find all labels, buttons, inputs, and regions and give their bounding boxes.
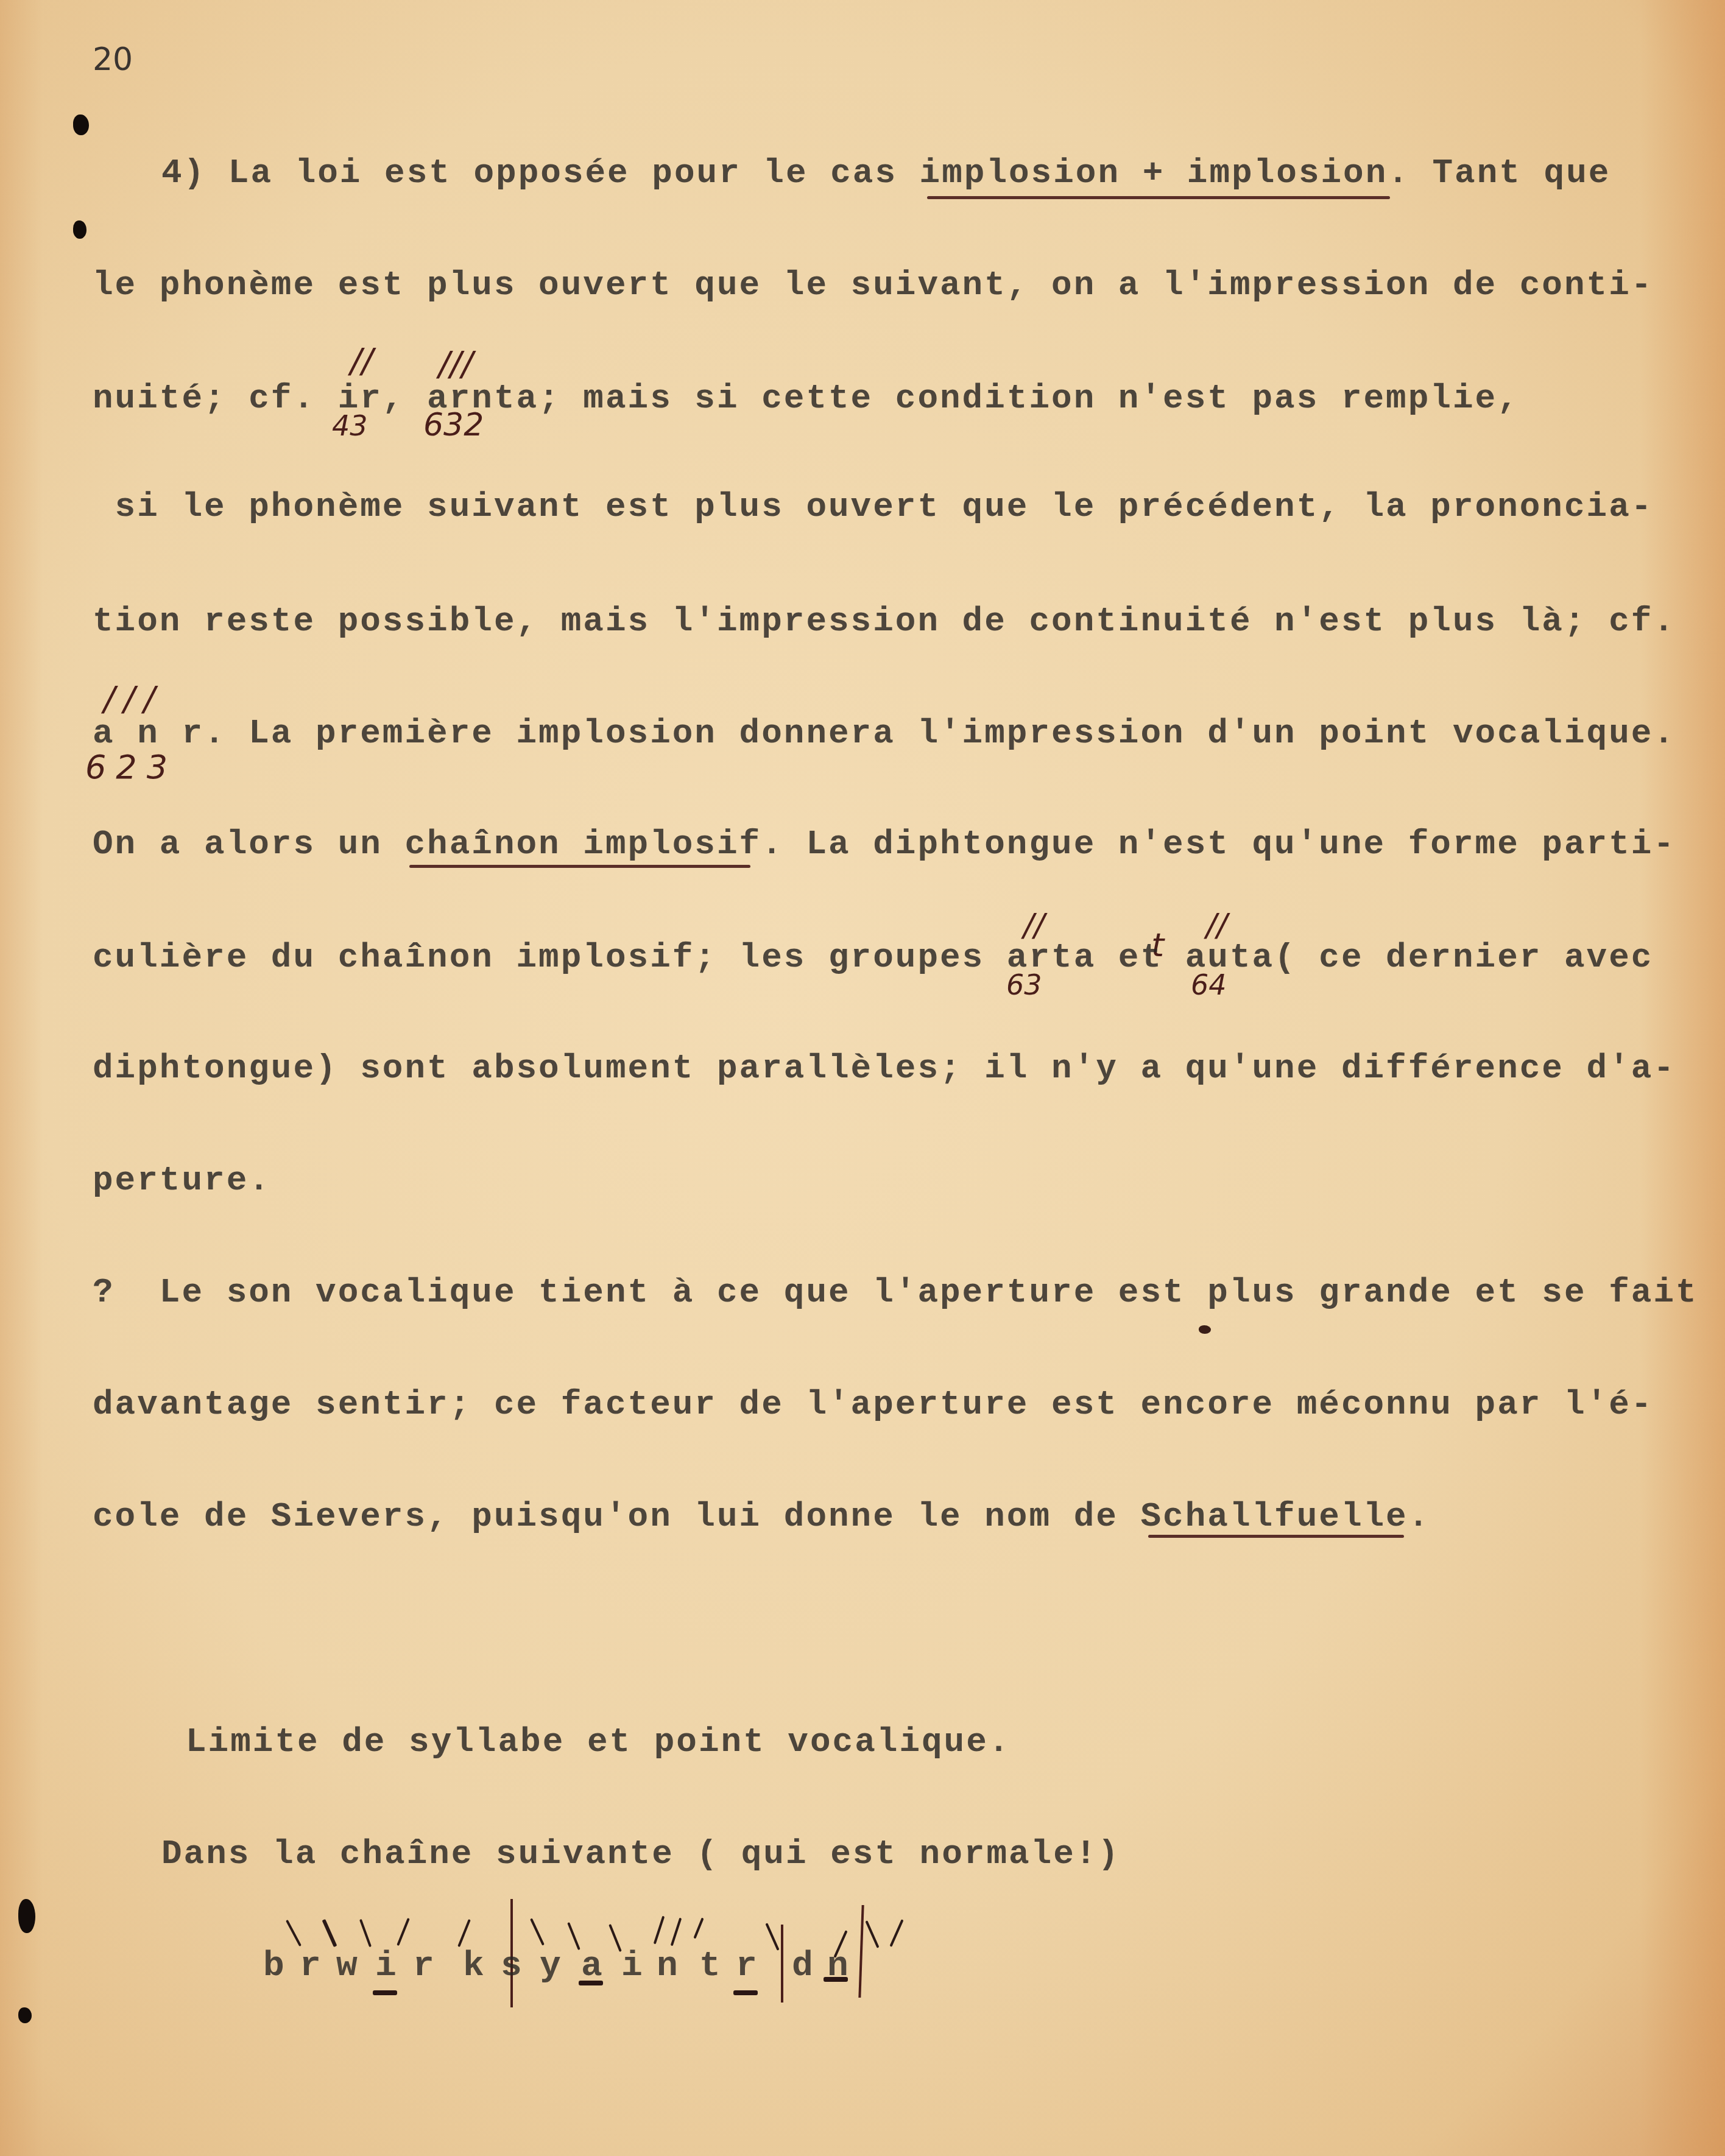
text-line: diphtongue) sont absolument parallèles; … — [93, 1049, 1676, 1088]
explosion-mark — [889, 1919, 903, 1946]
ink-underline — [409, 865, 750, 868]
aperture-marks: // — [350, 341, 373, 381]
chain-letter: r — [736, 1946, 757, 1986]
text-line: On a alors un chaînon implosif. La dipht… — [93, 825, 1676, 864]
implosion-mark — [865, 1920, 879, 1948]
chain-letter: i — [621, 1946, 643, 1986]
text-line: ? Le son vocalique tient à ce que l'aper… — [93, 1273, 1698, 1312]
chain-letter: i — [375, 1946, 397, 1986]
vowel-underline — [824, 1977, 848, 1982]
syllable-boundary — [781, 1925, 783, 2003]
explosion-mark — [671, 1918, 682, 1946]
aperture-marks: /// — [439, 344, 473, 384]
text-line: 4) La loi est opposée pour le cas implos… — [161, 153, 1610, 192]
chain-letter: s — [501, 1946, 522, 1986]
implosion-mark — [286, 1920, 302, 1946]
chain-letter: r — [300, 1946, 321, 1986]
chain-letter: d — [792, 1946, 813, 1986]
chain-letter: b — [263, 1946, 284, 1986]
section-intro: Dans la chaîne suivante ( qui est normal… — [161, 1834, 1120, 1873]
vowel-underline — [579, 1981, 603, 1985]
paper-left-shade — [0, 0, 43, 2156]
vowel-underline — [373, 1990, 397, 1995]
binding-hole — [73, 220, 86, 239]
syllable-boundary — [858, 1905, 864, 1998]
chain-letter: y — [540, 1946, 561, 1986]
chain-letter: w — [336, 1946, 358, 1986]
explosion-mark — [693, 1918, 704, 1939]
text-line: davantage sentir; ce facteur de l'apertu… — [93, 1385, 1653, 1424]
aperture-numbers: 63 — [1006, 968, 1042, 1001]
chain-letter: k — [463, 1946, 484, 1986]
implosion-mark — [567, 1922, 580, 1950]
ink-underline — [1148, 1535, 1404, 1538]
aperture-numbers: 632 — [423, 407, 484, 443]
text-line: perture. — [93, 1161, 271, 1200]
aperture-numbers: 43 — [332, 409, 368, 442]
text-line: culière du chaînon implosif; les groupes… — [93, 938, 1653, 977]
text-line: si le phonème suivant est plus ouvert qu… — [93, 487, 1653, 526]
text-line: le phonème est plus ouvert que le suivan… — [93, 266, 1653, 305]
text-line: tion reste possible, mais l'impression d… — [93, 602, 1676, 641]
text-line: nuité; cf. ir, arnta; mais si cette cond… — [93, 379, 1520, 418]
section-heading: Limite de syllabe et point vocalique. — [186, 1722, 1011, 1761]
chain-letter: t — [699, 1946, 721, 1986]
implosion-mark — [530, 1918, 545, 1945]
implosion-mark — [359, 1919, 372, 1947]
vowel-underline — [733, 1990, 758, 1995]
binding-hole — [18, 1899, 35, 1933]
explosion-mark — [654, 1916, 665, 1945]
aperture-numbers: 64 — [1191, 968, 1227, 1001]
page-number: 20 — [93, 41, 133, 78]
aperture-marks: /// — [104, 679, 164, 719]
text-line: a n r. La première implosion donnera l'i… — [93, 714, 1676, 753]
ink-underline — [927, 196, 1390, 199]
chain-letter: r — [413, 1946, 434, 1986]
binding-hole — [18, 2007, 32, 2023]
ink-blot — [1199, 1325, 1211, 1334]
explosion-mark — [457, 1919, 471, 1947]
explosion-mark — [397, 1918, 410, 1946]
implosion-mark — [765, 1923, 779, 1950]
binding-hole — [73, 114, 89, 135]
implosion-mark — [322, 1919, 337, 1947]
aperture-numbers: 623 — [85, 748, 177, 786]
implosion-mark — [609, 1924, 622, 1952]
chain-letter: n — [657, 1946, 678, 1986]
text-line: cole de Sievers, puisqu'on lui donne le … — [93, 1497, 1430, 1536]
